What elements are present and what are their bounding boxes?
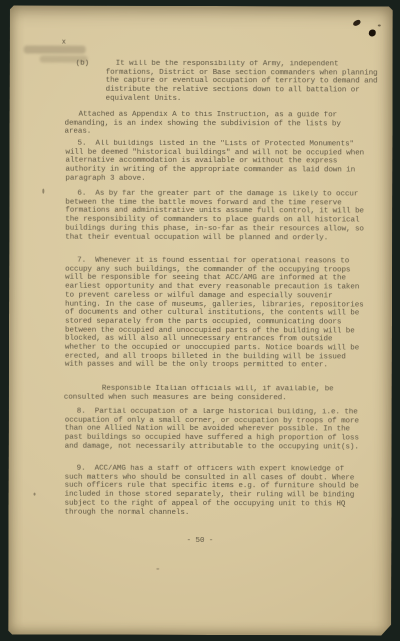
- section-8: 8. Partial occupation of a large histori…: [47, 408, 365, 452]
- paragraph-appendix-note: Attached as Appendix A to this Instructi…: [64, 111, 365, 138]
- section-number: 8.: [47, 408, 86, 417]
- section-5: 5. All buildings listed in the "Lists of…: [47, 140, 365, 184]
- ink-speck: [34, 493, 36, 496]
- scanned-page: x (b) It will be the responsibility of A…: [8, 5, 393, 635]
- section-7: 7. Whenever it is found essential for op…: [47, 257, 365, 371]
- section-text: As by far the greater part of the damage…: [65, 190, 364, 242]
- ink-spot: [369, 29, 376, 36]
- section-text: Partial occupation of a large historical…: [65, 408, 359, 452]
- ink-speck: [42, 189, 44, 194]
- section-9: 9. ACC/AMG has a staff of officers with …: [46, 465, 364, 518]
- ink-speck: x: [62, 39, 66, 45]
- ink-spot: [352, 19, 361, 27]
- section-text: Whenever it is found essential for opera…: [65, 257, 364, 370]
- section-number: 6.: [47, 190, 86, 199]
- section-number: 7.: [47, 257, 86, 266]
- ink-speck: [156, 568, 159, 570]
- section-text: ACC/AMG has a staff of officers with exp…: [64, 465, 358, 517]
- section-6: 6. As by far the greater part of the dam…: [47, 190, 365, 243]
- ink-spot: [378, 24, 381, 26]
- paragraph-clause-b: (b) It will be the responsibility of Arm…: [66, 60, 382, 104]
- erased-text-smudge: [24, 46, 86, 54]
- clause-label: (b): [66, 60, 89, 69]
- section-7-subparagraph: Responsible Italian officials will, if a…: [64, 385, 365, 403]
- section-number: 9.: [47, 465, 86, 474]
- section-number: 5.: [47, 140, 86, 149]
- scanned-document-photo: { "page": { "number_label": "- 50 -", "p…: [0, 0, 400, 641]
- clause-text: It will be the responsibility of Army, i…: [106, 60, 378, 103]
- section-text: All buildings listed in the "Lists of Pr…: [65, 140, 364, 183]
- page-number: - 50 -: [8, 536, 391, 546]
